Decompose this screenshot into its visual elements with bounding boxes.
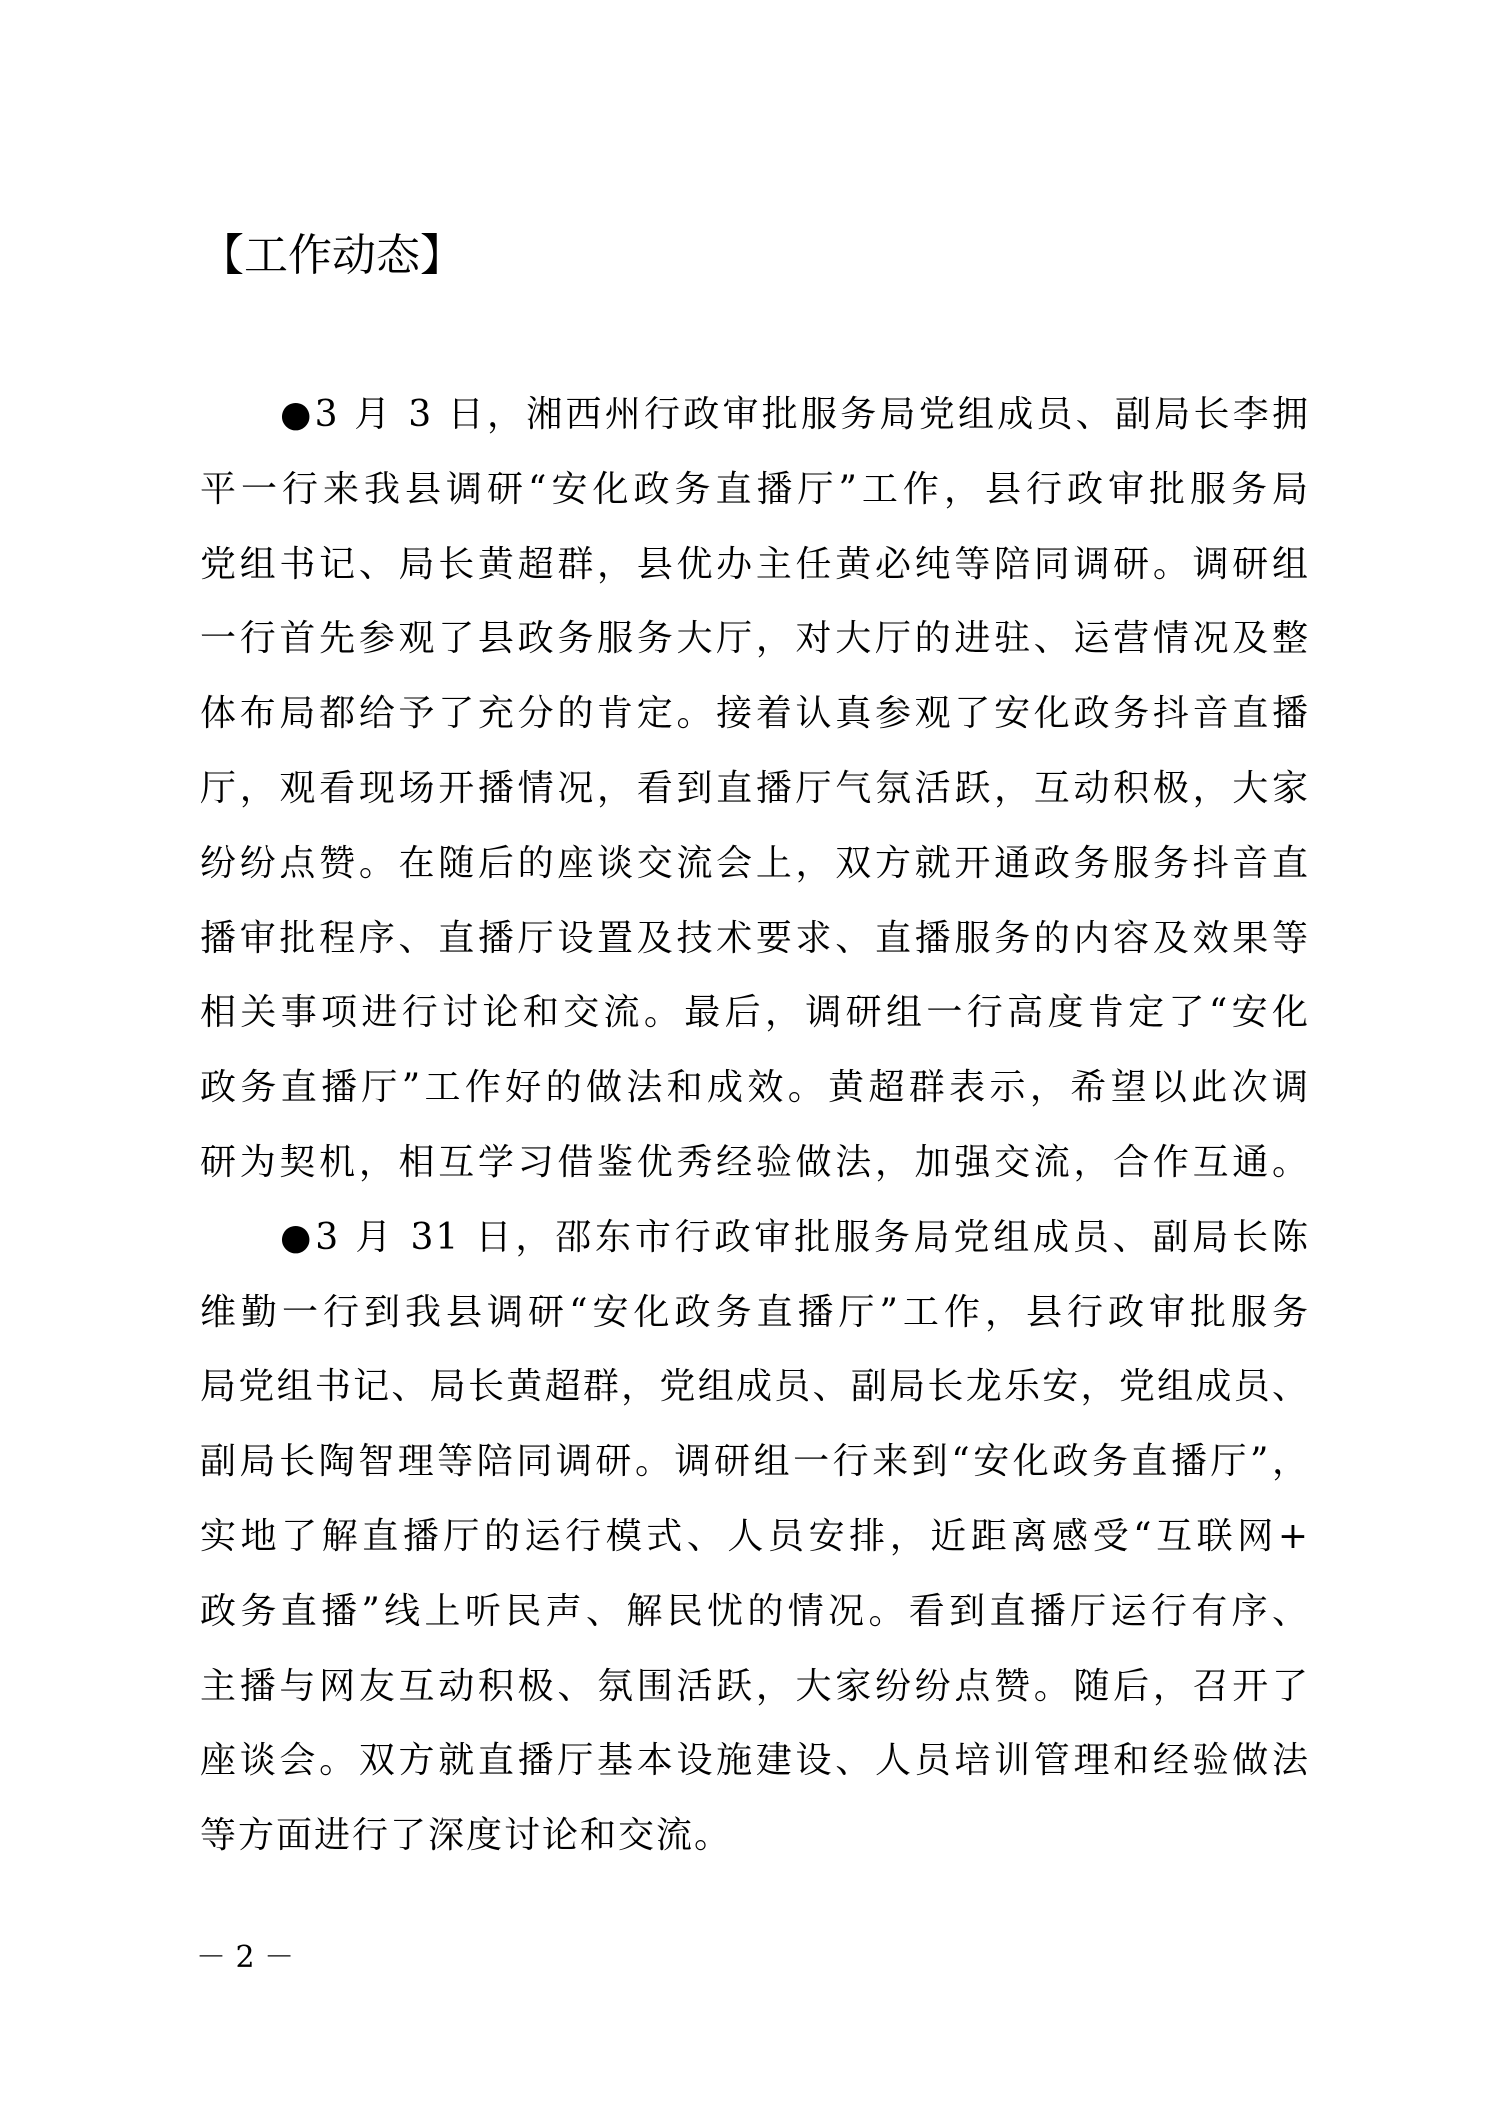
text-line: 等方面进行了深度讨论和交流。	[200, 1799, 1310, 1874]
text-line: 副局长陶智理等陪同调研。调研组一行来到“安化政务直播厅”，	[200, 1425, 1310, 1500]
paragraph-2: ●3 月 31 日，邵东市行政审批服务局党组成员、副局长陈 维勤一行到我县调研“…	[200, 1201, 1310, 1874]
text-line: 研为契机，相互学习借鉴优秀经验做法，加强交流，合作互通。	[200, 1126, 1310, 1201]
text-line: 政务直播”线上听民声、解民忧的情况。看到直播厅运行有序、	[200, 1575, 1310, 1650]
text-line: 平一行来我县调研“安化政务直播厅”工作，县行政审批服务局	[200, 453, 1310, 528]
paragraph-1: ●3 月 3 日，湘西州行政审批服务局党组成员、副局长李拥 平一行来我县调研“安…	[200, 378, 1310, 1201]
section-heading: 【工作动态】	[200, 226, 464, 286]
body-text: ●3 月 3 日，湘西州行政审批服务局党组成员、副局长李拥 平一行来我县调研“安…	[200, 378, 1310, 1874]
text-line: 一行首先参观了县政务服务大厅，对大厅的进驻、运营情况及整	[200, 602, 1310, 677]
text-line: 相关事项进行讨论和交流。最后，调研组一行高度肯定了“安化	[200, 976, 1310, 1051]
text-line: ●3 月 3 日，湘西州行政审批服务局党组成员、副局长李拥	[200, 378, 1310, 453]
text-line: 体布局都给予了充分的肯定。接着认真参观了安化政务抖音直播	[200, 677, 1310, 752]
text-line: 党组书记、局长黄超群，县优办主任黄必纯等陪同调研。调研组	[200, 528, 1310, 603]
text-line: 主播与网友互动积极、氛围活跃，大家纷纷点赞。随后，召开了	[200, 1650, 1310, 1725]
text-line: 政务直播厅”工作好的做法和成效。黄超群表示，希望以此次调	[200, 1051, 1310, 1126]
text-line: 局党组书记、局长黄超群，党组成员、副局长龙乐安，党组成员、	[200, 1350, 1310, 1425]
text-line: 维勤一行到我县调研“安化政务直播厅”工作，县行政审批服务	[200, 1276, 1310, 1351]
text-line: 纷纷点赞。在随后的座谈交流会上，双方就开通政务服务抖音直	[200, 827, 1310, 902]
page-number: － 2 －	[196, 1938, 294, 1978]
text-line: 实地了解直播厅的运行模式、人员安排，近距离感受“互联网+	[200, 1500, 1310, 1575]
text-line: 厅，观看现场开播情况，看到直播厅气氛活跃，互动积极，大家	[200, 752, 1310, 827]
text-line: 座谈会。双方就直播厅基本设施建设、人员培训管理和经验做法	[200, 1724, 1310, 1799]
document-page: 【工作动态】 ●3 月 3 日，湘西州行政审批服务局党组成员、副局长李拥 平一行…	[0, 0, 1488, 2105]
text-line: 播审批程序、直播厅设置及技术要求、直播服务的内容及效果等	[200, 902, 1310, 977]
text-line: ●3 月 31 日，邵东市行政审批服务局党组成员、副局长陈	[200, 1201, 1310, 1276]
